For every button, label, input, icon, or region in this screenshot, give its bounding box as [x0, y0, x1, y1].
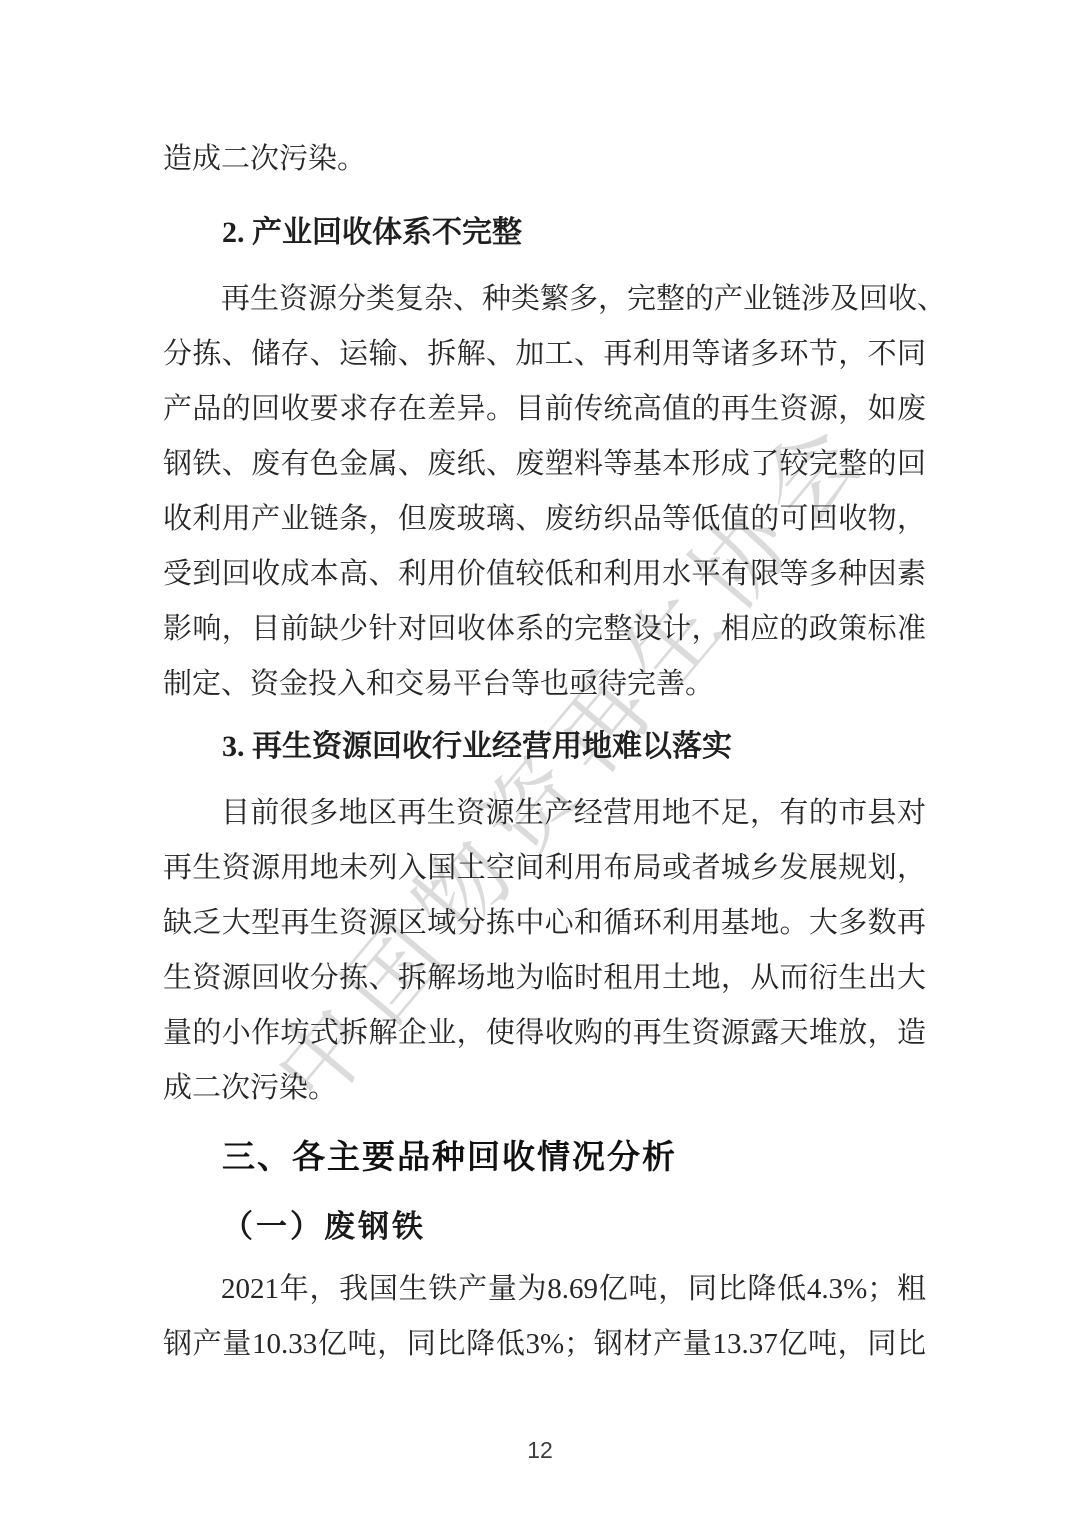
- paragraph-line: 生资源回收分拣、拆解场地为临时租用土地，从而衍生出大: [163, 951, 926, 1006]
- heading-section-2: 2. 产业回收体系不完整: [163, 205, 926, 260]
- paragraph-line: 量的小作坊式拆解企业，使得收购的再生资源露天堆放，造: [163, 1006, 926, 1061]
- paragraph-line: 影响，目前缺少针对回收体系的完整设计，相应的政策标准: [163, 602, 926, 657]
- paragraph-line: 缺乏大型再生资源区域分拣中心和循环利用基地。大多数再: [163, 896, 926, 951]
- heading-subsection-scrap-steel: （一）废钢铁: [163, 1198, 926, 1256]
- paragraph-line: 分拣、储存、运输、拆解、加工、再利用等诸多环节，不同: [163, 327, 926, 382]
- paragraph-line-continuation: 造成二次污染。: [163, 132, 926, 187]
- paragraph-line: 成二次污染。: [163, 1061, 926, 1116]
- paragraph-line: 收利用产业链条，但废玻璃、废纺织品等低值的可回收物，: [163, 492, 926, 547]
- paragraph-line: 制定、资金投入和交易平台等也亟待完善。: [163, 657, 926, 712]
- paragraph-line: 产品的回收要求存在差异。目前传统高值的再生资源，如废: [163, 382, 926, 437]
- paragraph-line: 受到回收成本高、利用价值较低和利用水平有限等多种因素: [163, 547, 926, 602]
- page-number: 12: [0, 1437, 1080, 1464]
- paragraph-line: 钢产量10.33亿吨，同比降低3%；钢材产量13.37亿吨，同比: [163, 1317, 926, 1372]
- text-column: 造成二次污染。 2. 产业回收体系不完整 再生资源分类复杂、种类繁多，完整的产业…: [163, 132, 926, 1372]
- paragraph-section-3: 目前很多地区再生资源生产经营用地不足，有的市县对 再生资源用地未列入国土空间利用…: [163, 786, 926, 1116]
- paragraph-line: 钢铁、废有色金属、废纸、废塑料等基本形成了较完整的回: [163, 437, 926, 492]
- paragraph-line: 再生资源用地未列入国土空间利用布局或者城乡发展规划，: [163, 841, 926, 896]
- document-page: 中国物资再生协会 造成二次污染。 2. 产业回收体系不完整 再生资源分类复杂、种…: [0, 0, 1080, 1527]
- heading-chapter-3: 三、各主要品种回收情况分析: [163, 1126, 926, 1188]
- paragraph-scrap-steel: 2021年，我国生铁产量为8.69亿吨，同比降低4.3%；粗 钢产量10.33亿…: [163, 1262, 926, 1372]
- paragraph-line: 目前很多地区再生资源生产经营用地不足，有的市县对: [163, 786, 926, 841]
- paragraph-line: 2021年，我国生铁产量为8.69亿吨，同比降低4.3%；粗: [163, 1262, 926, 1317]
- heading-section-3: 3. 再生资源回收行业经营用地难以落实: [163, 719, 926, 774]
- paragraph-section-2: 再生资源分类复杂、种类繁多，完整的产业链涉及回收、 分拣、储存、运输、拆解、加工…: [163, 272, 926, 712]
- paragraph-line: 再生资源分类复杂、种类繁多，完整的产业链涉及回收、: [163, 272, 926, 327]
